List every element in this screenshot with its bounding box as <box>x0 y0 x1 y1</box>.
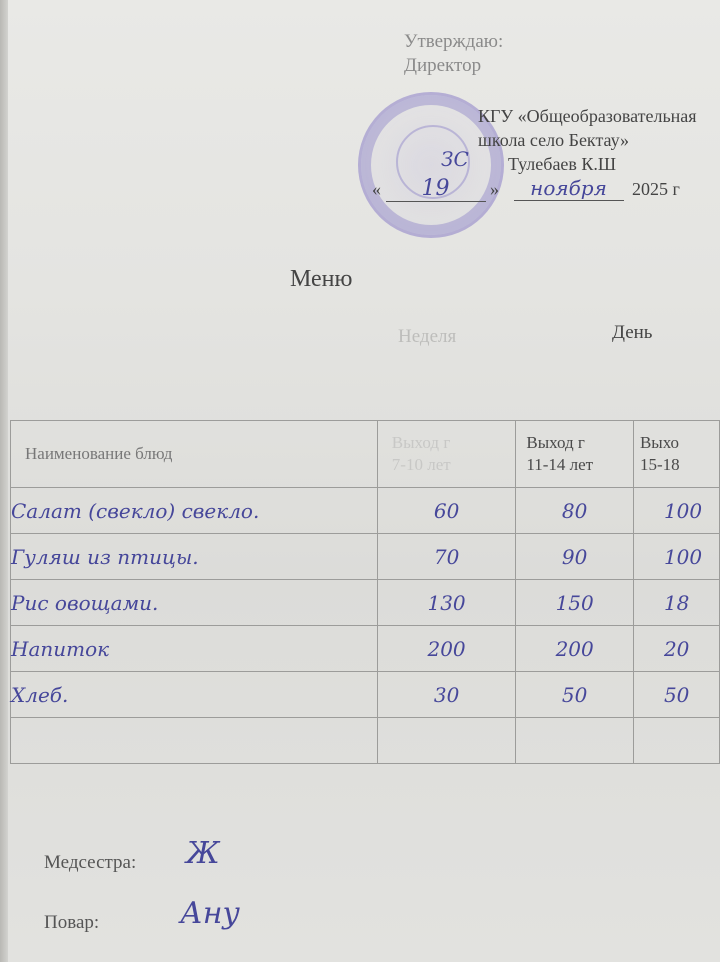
approve-label: Утверждаю: <box>404 30 503 54</box>
organization-block: КГУ «Общеобразовательная школа село Бект… <box>478 104 697 176</box>
yield-11-14-cell: 50 <box>516 672 634 718</box>
table-row: Гуляш из птицы.7090100 <box>11 534 720 580</box>
column-header-dish: Наименование блюд <box>11 421 378 488</box>
yield-11-14-cell <box>516 718 634 764</box>
director-name: Тулебаев К.Ш <box>478 152 697 176</box>
approval-block: Утверждаю: Директор <box>404 30 503 78</box>
dish-cell: Рис овощами. <box>11 580 378 626</box>
date-day: 19 <box>386 176 486 202</box>
yield-11-14-cell: 90 <box>516 534 634 580</box>
table-row: Напиток20020020 <box>11 626 720 672</box>
yield-7-10-cell: 70 <box>377 534 516 580</box>
yield-11-14-cell: 150 <box>516 580 634 626</box>
cook-signature-line: Повар: <box>44 912 99 934</box>
nurse-signature-line: Медсестра: <box>44 852 136 874</box>
dish-cell: Хлеб. <box>11 672 378 718</box>
yield-7-10-cell: 60 <box>377 488 516 534</box>
nurse-label: Медсестра: <box>44 852 136 873</box>
menu-table: Наименование блюд Выход г7-10 лет Выход … <box>10 420 720 764</box>
table-header-row: Наименование блюд Выход г7-10 лет Выход … <box>11 421 720 488</box>
stamp-initials: ЗС <box>441 147 469 171</box>
yield-7-10-cell <box>377 718 516 764</box>
director-position: Директор <box>404 54 503 78</box>
yield-15-18-cell: 20 <box>633 626 719 672</box>
date-open-quote: « <box>372 179 381 199</box>
approval-date: « 19 » ноября 2025 г <box>372 176 680 202</box>
yield-11-14-cell: 80 <box>516 488 634 534</box>
dish-cell: Салат (свекло) свекло. <box>11 488 378 534</box>
table-row: Рис овощами.13015018 <box>11 580 720 626</box>
nurse-signature: Ж <box>186 836 220 871</box>
column-header-11-14: Выход г11-14 лет <box>516 421 634 488</box>
table-row: Салат (свекло) свекло.6080100 <box>11 488 720 534</box>
yield-15-18-cell: 100 <box>633 534 719 580</box>
column-header-15-18: Выхо15-18 <box>633 421 719 488</box>
dish-cell: Напиток <box>11 626 378 672</box>
yield-15-18-cell: 18 <box>633 580 719 626</box>
yield-7-10-cell: 130 <box>377 580 516 626</box>
page-title: Меню <box>290 266 352 293</box>
yield-15-18-cell: 50 <box>633 672 719 718</box>
yield-7-10-cell: 200 <box>377 626 516 672</box>
yield-11-14-cell: 200 <box>516 626 634 672</box>
date-year: 2025 г <box>632 179 680 199</box>
org-line-1: КГУ «Общеобразовательная <box>478 104 697 128</box>
date-close-quote: » <box>490 179 499 199</box>
cook-signature: Ану <box>180 896 240 931</box>
column-header-7-10: Выход г7-10 лет <box>377 421 516 488</box>
yield-15-18-cell: 100 <box>633 488 719 534</box>
week-label: Неделя <box>398 326 456 348</box>
day-label: День <box>612 322 652 344</box>
yield-7-10-cell: 30 <box>377 672 516 718</box>
date-month: ноября <box>514 176 624 201</box>
dish-cell <box>11 718 378 764</box>
cook-label: Повар: <box>44 912 99 933</box>
dish-cell: Гуляш из птицы. <box>11 534 378 580</box>
org-line-2: школа село Бектау» <box>478 128 697 152</box>
yield-15-18-cell <box>633 718 719 764</box>
table-row: Хлеб.305050 <box>11 672 720 718</box>
table-row <box>11 718 720 764</box>
